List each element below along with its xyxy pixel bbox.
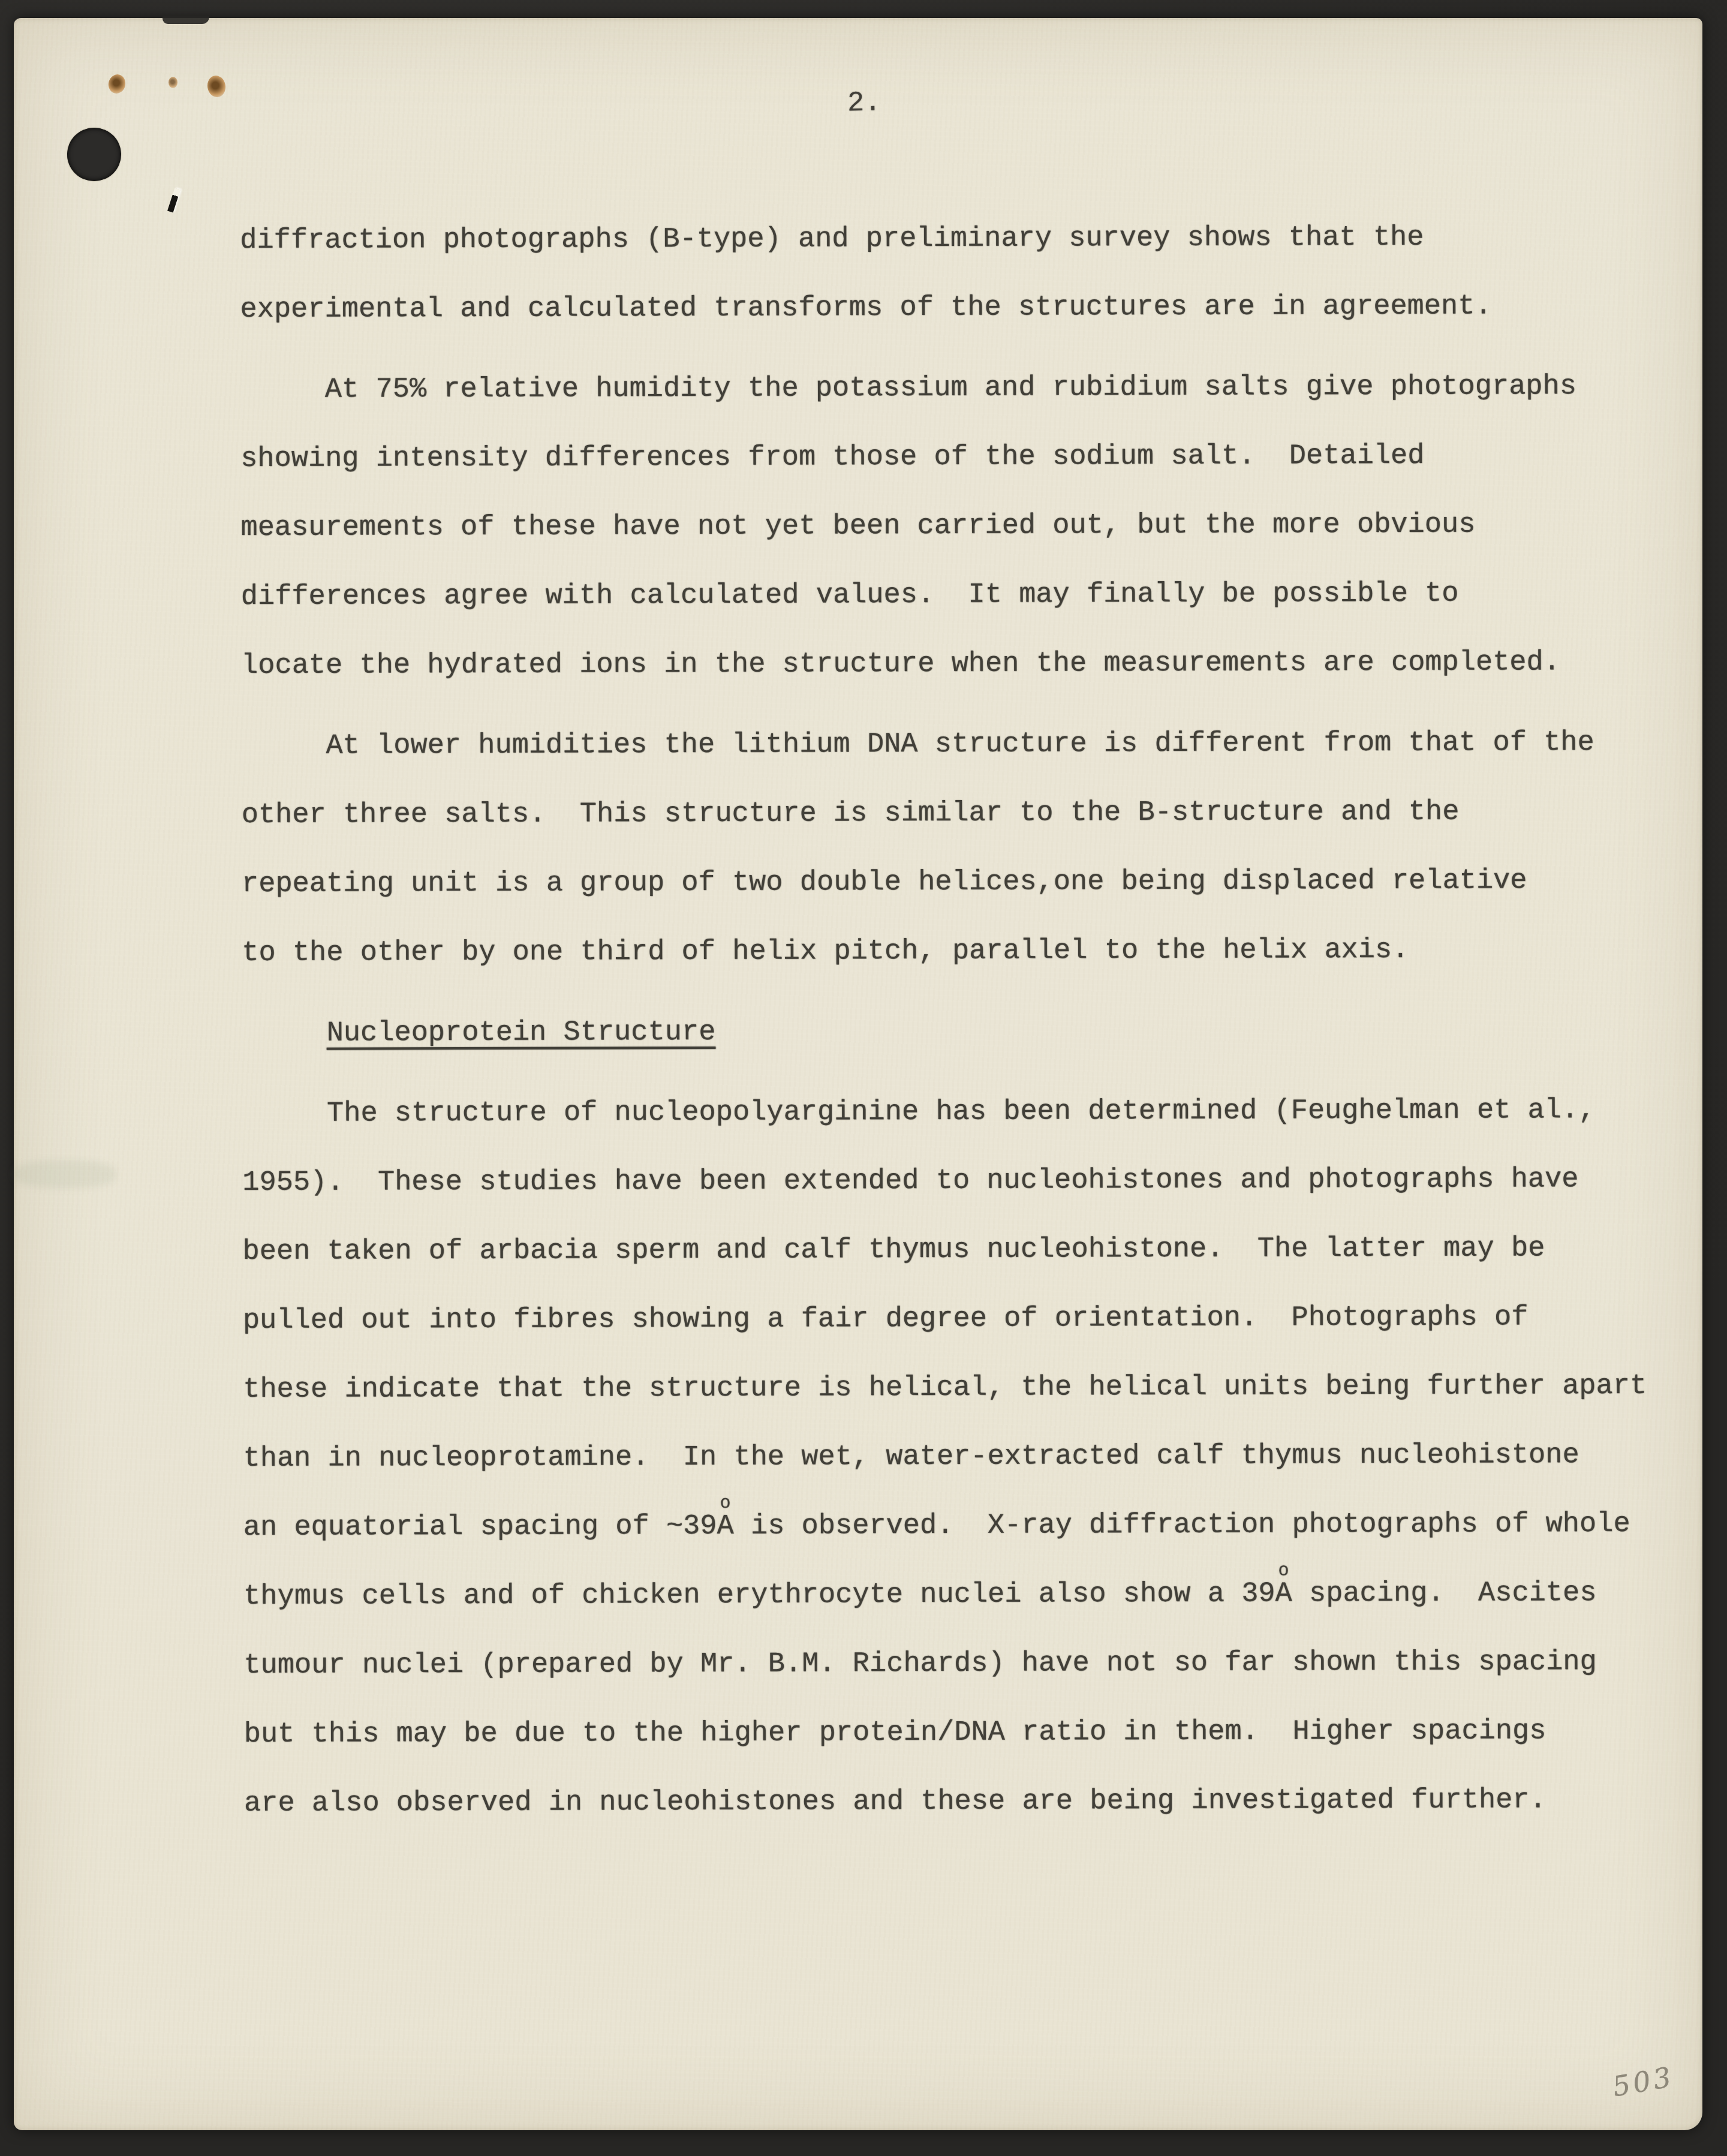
- margin-smudge: [14, 1160, 116, 1188]
- text-line: At lower humidities the lithium DNA stru…: [241, 708, 1645, 781]
- paragraph-continuation: diffraction photographs (B-type) and pre…: [240, 203, 1644, 344]
- scan-background: 2. diffraction photographs (B-type) and …: [0, 0, 1727, 2156]
- text-line: than in nucleoprotamine. In the wet, wat…: [243, 1421, 1647, 1493]
- text-line: At 75% relative humidity the potassium a…: [240, 352, 1644, 425]
- text-line: been taken of arbacia sperm and calf thy…: [242, 1214, 1646, 1286]
- typed-text: diffraction photographs (B-type) and pre…: [240, 203, 1648, 1838]
- text-line: are also observed in nucleohistones and …: [244, 1766, 1648, 1838]
- angstrom-symbol: Ao: [717, 1511, 733, 1542]
- text-line: other three salts. This structure is sim…: [242, 777, 1645, 850]
- text-line: to the other by one third of helix pitch…: [242, 915, 1645, 988]
- corner-annotation: 503: [1610, 2060, 1677, 2103]
- text-line: showing intensity differences from those…: [240, 421, 1644, 494]
- text-line: differences agree with calculated values…: [241, 559, 1645, 632]
- text-line: Nucleoprotein Structure: [326, 996, 1645, 1068]
- rust-speck: [206, 74, 227, 99]
- text-line: measurements of these have not yet been …: [240, 490, 1644, 563]
- hole-punch: [67, 128, 121, 181]
- paper-tear: [167, 188, 180, 212]
- text-line: but this may be due to the higher protei…: [244, 1697, 1648, 1769]
- paper-page: 2. diffraction photographs (B-type) and …: [14, 18, 1702, 2130]
- text-line: tumour nuclei (prepared by Mr. B.M. Rich…: [243, 1628, 1647, 1700]
- text-line: an equatorial spacing of ~39Ao is observ…: [243, 1490, 1647, 1562]
- text-line: these indicate that the structure is hel…: [243, 1352, 1647, 1424]
- section-heading: Nucleoprotein Structure: [326, 996, 1645, 1068]
- text-line: thymus cells and of chicken erythrocyte …: [243, 1559, 1647, 1631]
- text-line: 1955). These studies have been extended …: [242, 1145, 1646, 1217]
- paragraph-nucleoprotein: The structure of nucleopolyarginine has …: [242, 1076, 1648, 1838]
- angstrom-symbol: Ao: [1275, 1578, 1292, 1610]
- paragraph-lithium-dna: At lower humidities the lithium DNA stru…: [241, 708, 1645, 988]
- paragraph-humidity: At 75% relative humidity the potassium a…: [240, 352, 1645, 700]
- rust-speck: [107, 73, 128, 95]
- text-line: pulled out into fibres showing a fair de…: [243, 1283, 1647, 1355]
- rust-speck: [169, 77, 177, 88]
- text-line: repeating unit is a group of two double …: [242, 846, 1645, 919]
- text-line: diffraction photographs (B-type) and pre…: [240, 203, 1644, 275]
- paper-notch: [163, 16, 209, 24]
- text-line: locate the hydrated ions in the structur…: [241, 628, 1645, 700]
- text-line: The structure of nucleopolyarginine has …: [242, 1076, 1646, 1148]
- page-number: 2.: [847, 88, 881, 120]
- text-line: experimental and calculated transforms o…: [240, 272, 1644, 344]
